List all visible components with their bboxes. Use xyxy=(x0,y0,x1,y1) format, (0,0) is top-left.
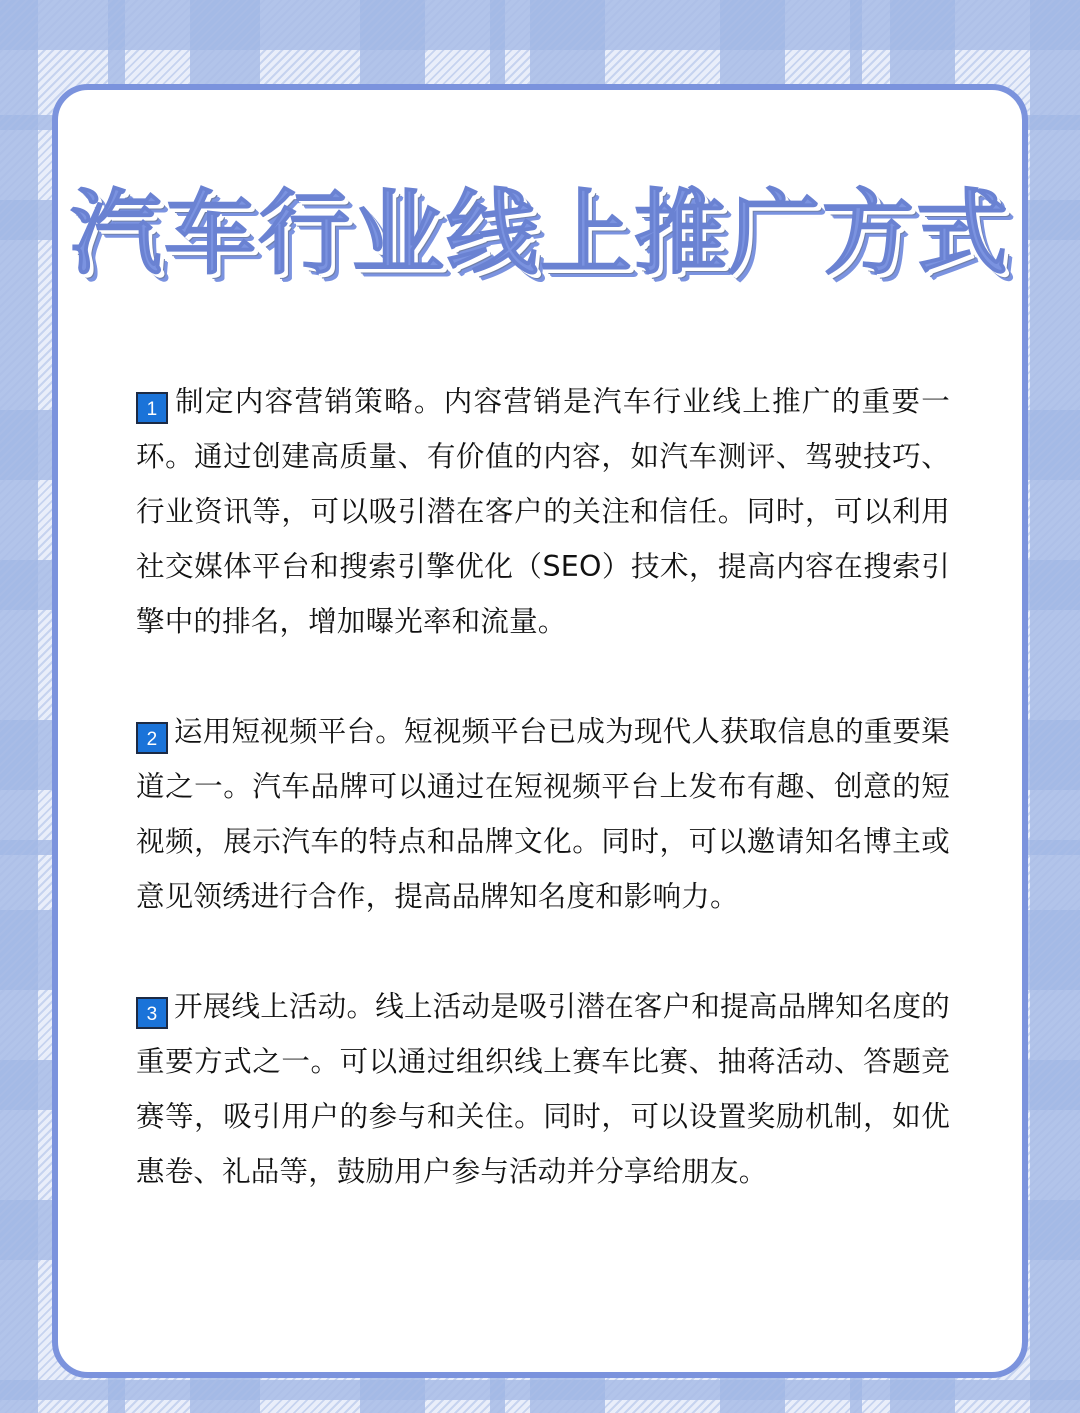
section-2: 2运用短视频平台。短视频平台已成为现代人获取信息的重要渠道之一。汽车品牌可以通过… xyxy=(136,704,950,924)
keycap-2-icon: 2 xyxy=(136,722,168,754)
page-title: 汽车行业线上推广方式 xyxy=(58,188,1022,280)
section-2-heading: 运用短视频平台。 xyxy=(174,715,404,748)
keycap-3-icon: 3 xyxy=(136,997,168,1029)
content-body: 1制定内容营销策略。内容营销是汽车行业线上推广的重要一环。通过创建高质量、有价值… xyxy=(136,374,950,1254)
section-1: 1制定内容营销策略。内容营销是汽车行业线上推广的重要一环。通过创建高质量、有价值… xyxy=(136,374,950,649)
section-1-body: 内容营销是汽车行业线上推广的重要一环。通过创建高质量、有价值的内容，如汽车测评、… xyxy=(136,385,950,638)
section-3-heading: 开展线上活动。 xyxy=(174,990,375,1023)
section-1-heading: 制定内容营销策略。 xyxy=(174,385,444,418)
content-card: 汽车行业线上推广方式 1制定内容营销策略。内容营销是汽车行业线上推广的重要一环。… xyxy=(52,84,1028,1378)
section-3: 3开展线上活动。线上活动是吸引潜在客户和提高品牌知名度的重要方式之一。可以通过组… xyxy=(136,979,950,1199)
keycap-1-icon: 1 xyxy=(136,392,168,424)
